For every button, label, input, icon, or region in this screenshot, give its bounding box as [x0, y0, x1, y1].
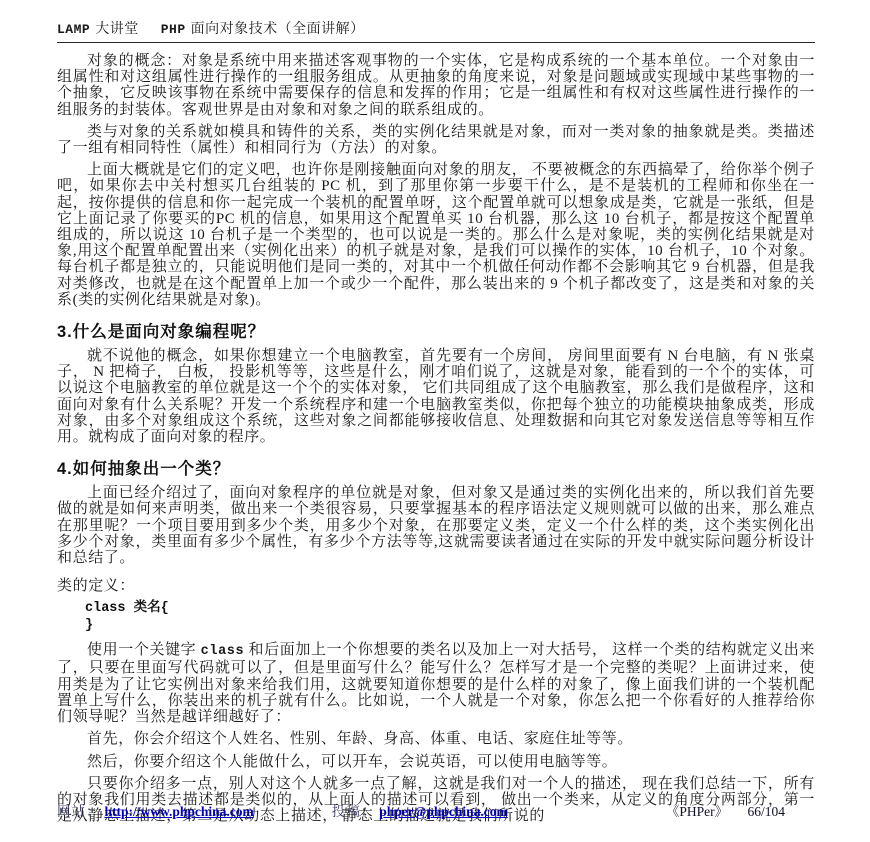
magazine-name: 《PHPer》	[666, 804, 728, 819]
paragraph-pc-example: 上面大概就是它们的定义吧，也许你是刚接触面向对象的朋友， 不要被概念的东西搞晕了…	[57, 162, 815, 308]
document-footer: 网站： http://www.phpchina.com 投稿： phper@ph…	[57, 800, 815, 820]
footer-right-group: 《PHPer》 66/104	[666, 800, 785, 820]
document-header: LAMP大讲堂PHP面向对象技术（全面讲解）	[57, 18, 815, 43]
class-definition-label: 类的定义：	[57, 574, 815, 595]
paragraph-abstract-class: 上面已经介绍过了，面向对象程序的单位就是对象，但对象又是通过类的实例化出来的，所…	[57, 485, 815, 566]
paragraph-class-usage: 使用一个关键字 class 和后面加上一个你想要的类名以及加上一对大括号， 这样…	[57, 642, 815, 725]
code-line-2: }	[85, 618, 93, 633]
paragraph-person-abilities: 然后，你要介绍这个人能做什么，可以开车，会说英语，可以使用电脑等等。	[57, 754, 815, 770]
site-url-link[interactable]: http://www.phpchina.com	[105, 804, 254, 820]
page-container: LAMP大讲堂PHP面向对象技术（全面讲解） 对象的概念：对象是系统中用来描述客…	[57, 18, 815, 830]
code-line-1: class 类名{	[85, 601, 169, 616]
header-brand-latin: LAMP	[57, 22, 90, 37]
header-brand-cn: 大讲堂	[95, 22, 139, 37]
header-title-latin: PHP	[161, 22, 186, 37]
section-heading-3: 3.什么是面向对象编程呢？	[57, 318, 815, 342]
class-usage-text-pre: 使用一个关键字	[87, 642, 201, 658]
header-title-cn: 面向对象技术（全面讲解）	[191, 22, 365, 37]
site-label: 网站：	[57, 800, 101, 820]
submission-email-link[interactable]: phper@phpchina.com	[379, 804, 507, 820]
paragraph-person-attributes: 首先，你会介绍这个人姓名、性别、年龄、身高、体重、电话、家庭住址等等。	[57, 731, 815, 747]
submission-label: 投稿：	[332, 800, 376, 820]
section-heading-4: 4.如何抽象出一个类？	[57, 455, 815, 479]
paragraph-oop-explain: 就不说他的概念，如果你想建立一个电脑教室，首先要有一个房间， 房间里面要有 N …	[57, 348, 815, 445]
paragraph-object-concept: 对象的概念：对象是系统中用来描述客观事物的一个实体，它是构成系统的一个基本单位。…	[57, 53, 815, 118]
paragraph-class-object-relation: 类与对象的关系就如模具和铸件的关系，类的实例化结果就是对象，而对一类对象的抽象就…	[57, 124, 815, 156]
document-body: 对象的概念：对象是系统中用来描述客观事物的一个实体，它是构成系统的一个基本单位。…	[57, 53, 815, 824]
class-keyword: class	[201, 644, 245, 659]
code-block-class-definition: class 类名{ }	[85, 600, 815, 634]
document-page: { "header": { "brand_latin": "LAMP", "br…	[0, 0, 870, 842]
page-number: 66/104	[747, 804, 785, 819]
